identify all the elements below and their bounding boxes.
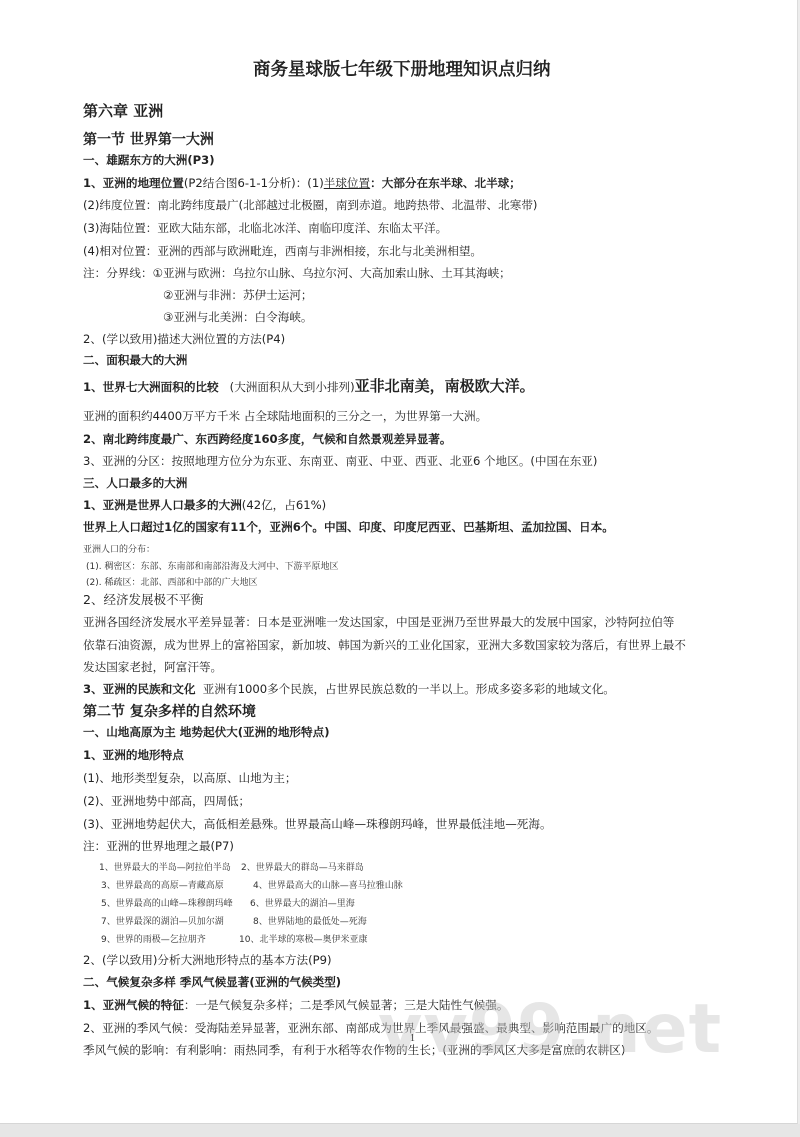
item-label: 1、亚洲是世界人口最多的大洲 <box>83 498 242 512</box>
paragraph: 注：亚洲的世界地理之最(P7) <box>83 841 234 853</box>
document-title: 商务星球版七年级下册地理知识点归纳 <box>253 62 551 80</box>
record-item: 8、世界陆地的最低处—死海 <box>253 918 367 927</box>
record-item: 2、世界最大的群岛—马来群岛 <box>241 864 364 873</box>
paragraph: 2、经济发展极不平衡 <box>83 594 203 607</box>
paragraph: 季风气候的影响：有利影响：雨热同季，有利于水稻等农作物的生长；(亚洲的季风区大多… <box>83 1045 625 1057</box>
paragraph: 1、亚洲的地形特点 <box>83 750 184 762</box>
paragraph: 1、亚洲的地理位置(P2结合图6-1-1分析)：(1)半球位置：大部分在东半球、… <box>83 178 521 190</box>
part-heading: 一、山地高原为主 地势起伏大(亚洲的地形特点) <box>83 727 330 739</box>
paragraph: (2)、亚洲地势中部高，四周低； <box>83 796 250 808</box>
record-item: 9、世界的雨极—乞拉朋齐 <box>101 936 206 945</box>
record-item: 6、世界最大的湖泊—里海 <box>250 900 355 909</box>
part-heading: 三、人口最多的大洲 <box>83 478 187 490</box>
part-heading: 二、面积最大的大洲 <box>83 355 187 367</box>
paragraph: (2)纬度位置：南北跨纬度最广(北部越过北极圈，南到赤道。地跨热带、北温带、北寒… <box>83 200 537 212</box>
mnemonic: 亚非北南美，南极欧大洋。 <box>355 377 535 395</box>
item-label: 3、亚洲的民族和文化 <box>83 682 195 696</box>
record-item: 5、世界最高的山峰—珠穆朗玛峰 <box>101 900 233 909</box>
page-gap <box>0 1124 800 1137</box>
paragraph: ②亚洲与非洲：苏伊士运河； <box>163 290 313 302</box>
record-item: 4、世界最高大的山脉—喜马拉雅山脉 <box>253 882 403 891</box>
item-text: ：一是气候复杂多样；二是季风气候显著；三是大陆性气候强。 <box>184 998 509 1012</box>
paragraph: 亚洲人口的分布： <box>83 546 155 555</box>
item-label: 1、亚洲气候的特征 <box>83 998 184 1012</box>
paragraph: (3)、亚洲地势起伏大，高低相差悬殊。世界最高山峰—珠穆朗玛峰，世界最低洼地—死… <box>83 819 552 831</box>
item-note: (大洲面积从大到小排列) <box>230 380 355 394</box>
paragraph: 1、亚洲是世界人口最多的大洲(42亿，占61%) <box>83 500 326 512</box>
item-text: ：大部分在东半球、北半球； <box>370 176 521 190</box>
paragraph: 世界上人口超过1亿的国家有11个，亚洲6个。中国、印度、印度尼西亚、巴基斯坦、孟… <box>83 522 614 534</box>
paragraph: 3、亚洲的民族和文化 亚洲有1000多个民族，占世界民族总数的一半以上。形成多姿… <box>83 684 615 696</box>
paragraph: 1、世界七大洲面积的比较 (大洲面积从大到小排列)亚非北南美，南极欧大洋。 <box>83 379 535 394</box>
part-heading: 一、雄踞东方的大洲(P3) <box>83 155 215 167</box>
page-number: 1 <box>410 1033 415 1044</box>
paragraph: (3)海陆位置：亚欧大陆东部，北临北冰洋、南临印度洋、东临太平洋。 <box>83 223 447 235</box>
record-item: 10、北半球的寒极—奥伊米亚康 <box>239 936 367 945</box>
item-label: 1、世界七大洲面积的比较 <box>83 380 219 394</box>
paragraph: 2、(学以致用)分析大洲地形特点的基本方法(P9) <box>83 955 332 967</box>
paragraph: 依靠石油资源，成为世界上的富裕国家，新加坡、韩国为新兴的工业化国家，亚洲大多数国… <box>83 640 686 652</box>
paragraph: (2). 稀疏区：北部、西部和中部的广大地区 <box>86 579 257 588</box>
paragraph: ③亚洲与北美洲：白令海峡。 <box>163 312 313 324</box>
paragraph: (4)相对位置：亚洲的西部与欧洲毗连，西南与非洲相接，东北与北美洲相望。 <box>83 246 482 258</box>
item-ref: (P2结合图6-1-1分析)：(1) <box>184 176 324 190</box>
chapter-heading: 第六章 亚洲 <box>83 104 163 119</box>
paragraph: 2、亚洲的季风气候：受海陆差异显著，亚洲东部、南部成为世界上季风最强盛、最典型、… <box>83 1023 658 1035</box>
record-item: 1、世界最大的半岛—阿拉伯半岛 <box>99 864 231 873</box>
document-page: 商务星球版七年级下册地理知识点归纳 第六章 亚洲 第一节 世界第一大洲 一、雄踞… <box>0 0 798 1124</box>
paragraph: 2、(学以致用)描述大洲位置的方法(P4) <box>83 334 285 346</box>
paragraph: (1). 稠密区：东部、东南部和南部沿海及大河中、下游平原地区 <box>86 563 338 572</box>
section-heading: 第二节 复杂多样的自然环境 <box>83 705 256 719</box>
item-text: 亚洲有1000多个民族，占世界民族总数的一半以上。形成多姿多彩的地域文化。 <box>203 682 615 696</box>
paragraph: 发达国家老挝，阿富汗等。 <box>83 662 222 674</box>
item-sub-label: 半球位置 <box>324 176 370 190</box>
record-item: 3、世界最高的高原—青藏高原 <box>101 882 224 891</box>
paragraph: 亚洲的面积约4400万平方千米 占全球陆地面积的三分之一，为世界第一大洲。 <box>83 411 487 423</box>
record-item: 7、世界最深的湖泊—贝加尔湖 <box>101 918 224 927</box>
paragraph: 2、南北跨纬度最广、东西跨经度160多度，气候和自然景观差异显著。 <box>83 434 452 446</box>
item-stat: (42亿，占61%) <box>242 498 326 512</box>
paragraph: (1)、地形类型复杂，以高原、山地为主； <box>83 773 297 785</box>
section-heading: 第一节 世界第一大洲 <box>83 133 214 147</box>
paragraph: 亚洲各国经济发展水平差异显著：日本是亚洲唯一发达国家，中国是亚洲乃至世界最大的发… <box>83 617 674 629</box>
paragraph: 3、亚洲的分区：按照地理方位分为东亚、东南亚、南亚、中亚、西亚、北亚6 个地区。… <box>83 456 597 468</box>
paragraph: 1、亚洲气候的特征：一是气候复杂多样；二是季风气候显著；三是大陆性气候强。 <box>83 1000 508 1012</box>
part-heading: 二、气候复杂多样 季风气候显著(亚洲的气候类型) <box>83 977 341 989</box>
item-label: 1、亚洲的地理位置 <box>83 176 184 190</box>
paragraph: 注：分界线：①亚洲与欧洲：乌拉尔山脉、乌拉尔河、大高加索山脉、土耳其海峡； <box>83 268 511 280</box>
